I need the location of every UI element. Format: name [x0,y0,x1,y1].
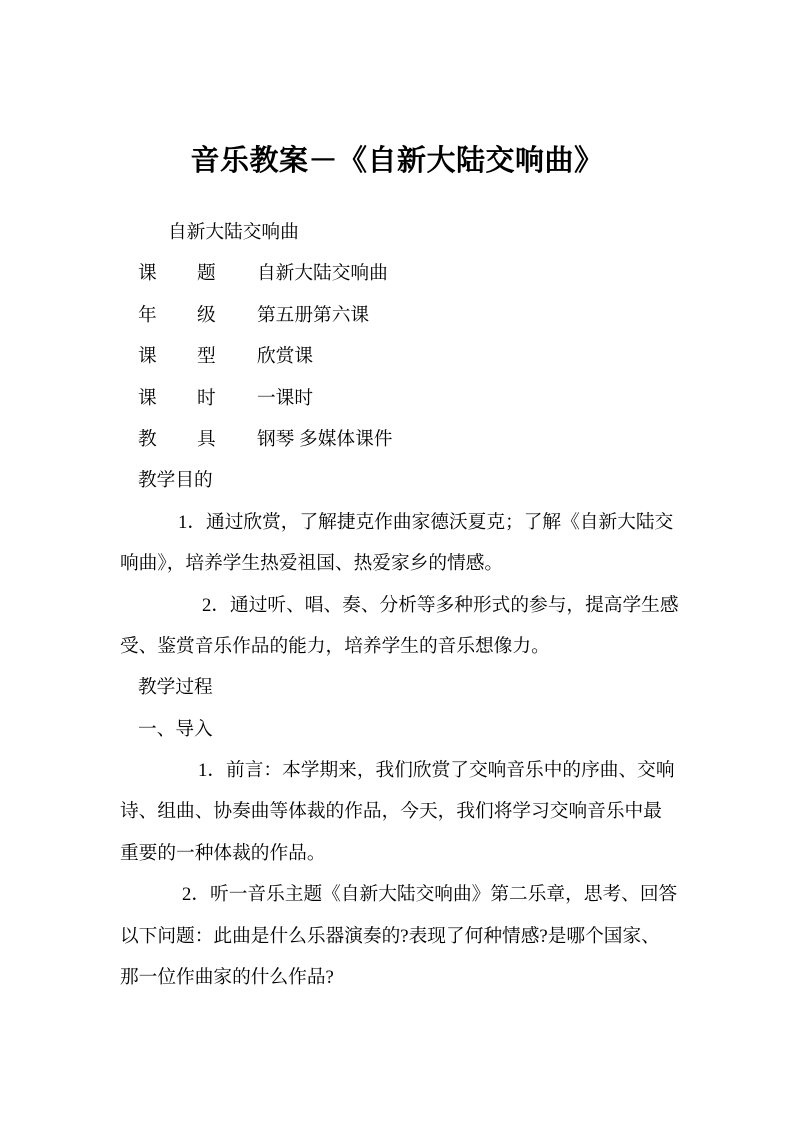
meta-key: 级 [197,295,257,336]
meta-key: 题 [197,253,257,294]
meta-value: 第五册第六课 [257,305,369,326]
meta-key: 年 [138,295,197,336]
text-line: 响曲》，培养学生热爱祖国、热爱家乡的情感。 [120,543,700,584]
meta-row: 课时一课时 [138,378,700,419]
text-line: 受、鉴赏音乐作品的能力，培养学生的音乐想像力。 [120,626,700,667]
meta-key: 教 [138,419,197,460]
text-line: 诗、组曲、协奏曲等体裁的作品，今天，我们将学习交响音乐中最 [120,791,700,832]
meta-key: 型 [197,336,257,377]
text-line: 那一位作曲家的什么作品? [120,957,700,998]
text-line: 以下问题：此曲是什么乐器演奏的?表现了何种情感?是哪个国家、 [120,916,700,957]
meta-key: 课 [138,336,197,377]
meta-key: 课 [138,378,197,419]
meta-row: 课题自新大陆交响曲 [138,253,700,294]
text-line: 自新大陆交响曲 [168,212,700,253]
meta-row: 教具钢琴 多媒体课件 [138,419,700,460]
meta-value: 欣赏课 [257,346,313,367]
text-line: 2．通过听、唱、奏、分析等多种形式的参与，提高学生感 [202,585,700,626]
meta-row: 课型欣赏课 [138,336,700,377]
meta-row: 年级第五册第六课 [138,295,700,336]
meta-key: 课 [138,253,197,294]
text-line: 1．通过欣赏，了解捷克作曲家德沃夏克；了解《自新大陆交 [178,502,700,543]
document-title: 音乐教案－《自新大陆交响曲》 [0,141,794,181]
text-line: 教学过程 [138,667,700,708]
meta-value: 自新大陆交响曲 [257,263,388,284]
meta-key: 具 [197,419,257,460]
text-line: 教学目的 [138,460,700,501]
text-line: 重要的一种体裁的作品。 [120,833,700,874]
meta-key: 时 [197,378,257,419]
meta-value: 钢琴 多媒体课件 [257,429,392,450]
meta-value: 一课时 [257,388,313,409]
document-page: 音乐教案－《自新大陆交响曲》 自新大陆交响曲课题自新大陆交响曲年级第五册第六课课… [0,0,794,1123]
document-body: 自新大陆交响曲课题自新大陆交响曲年级第五册第六课课型欣赏课课时一课时教具钢琴 多… [120,212,700,998]
text-line: 1．前言：本学期来，我们欣赏了交响音乐中的序曲、交响 [198,750,700,791]
text-line: 2．听一音乐主题《自新大陆交响曲》第二乐章，思考、回答 [182,874,700,915]
text-line: 一、导入 [138,709,700,750]
